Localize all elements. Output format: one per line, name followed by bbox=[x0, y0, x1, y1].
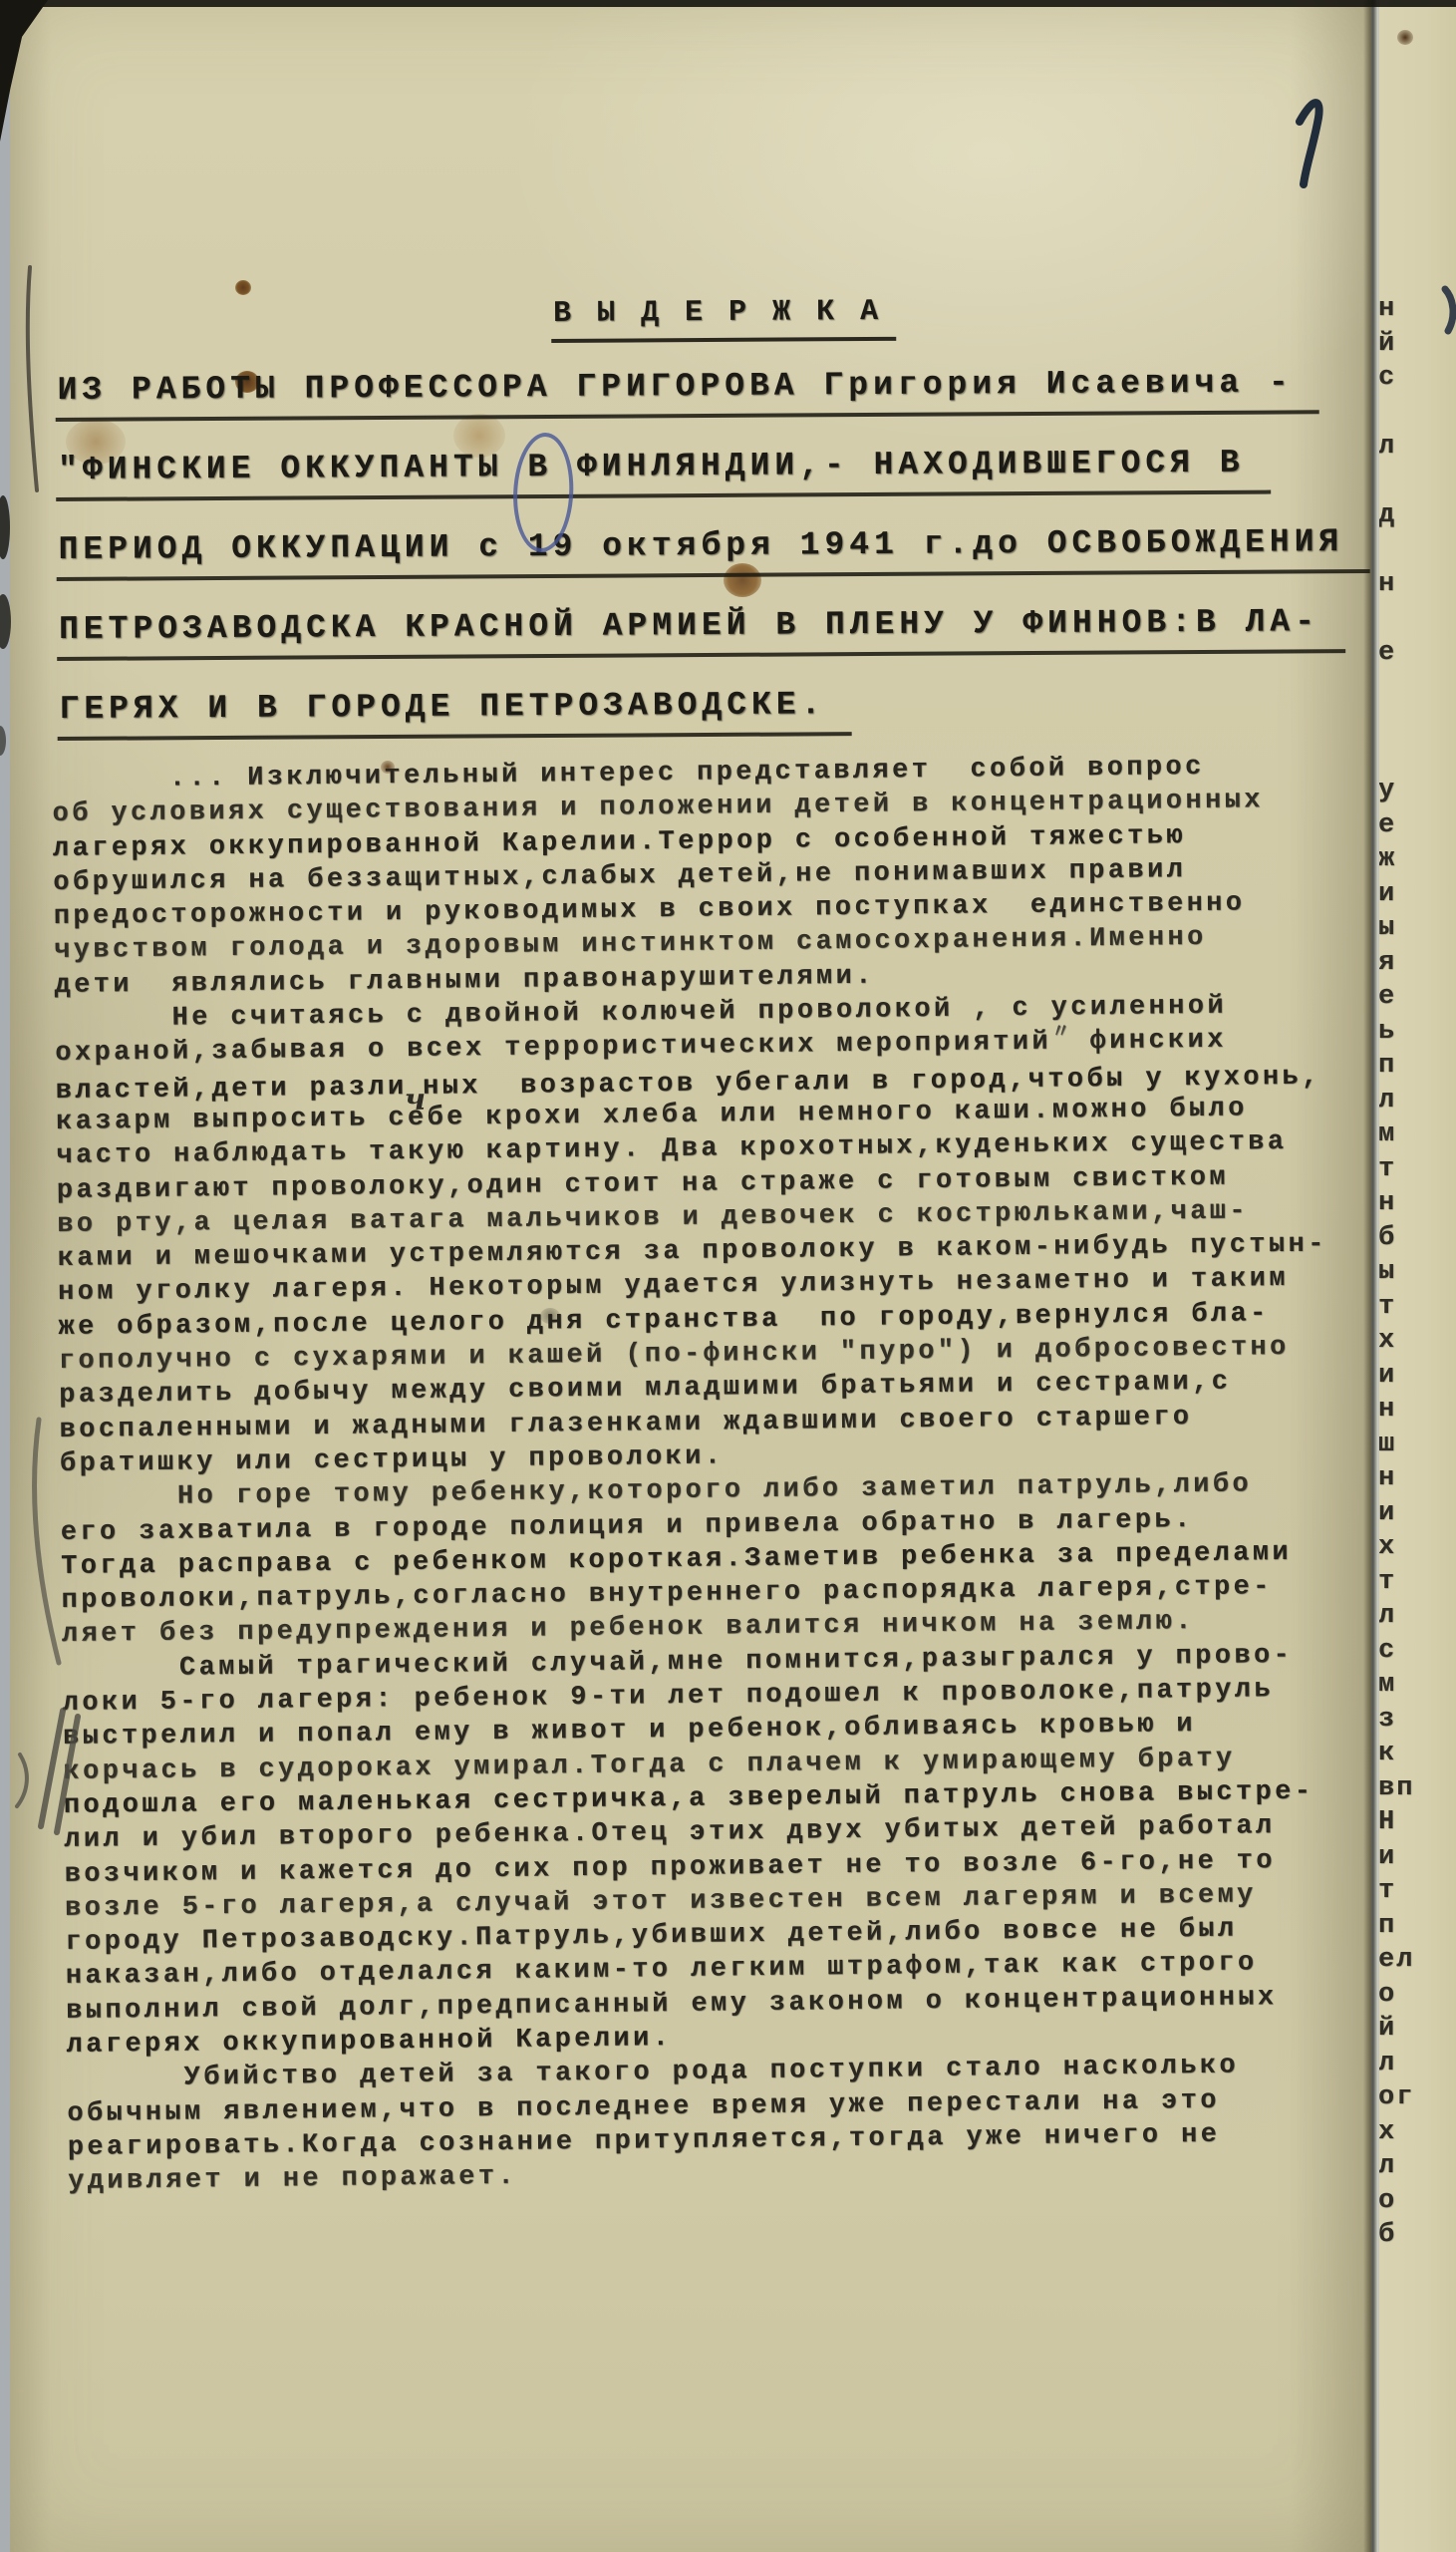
text-segment: ИЗ РАБОТЫ ПРОФЕССОРА ГРИГОРОВА Григория … bbox=[57, 364, 1293, 409]
adjacent-page-character: я bbox=[1379, 948, 1396, 978]
adjacent-page-character: ы bbox=[1379, 913, 1396, 943]
adjacent-page-character: е bbox=[1379, 810, 1396, 840]
adjacent-page-character: ь bbox=[1379, 1017, 1396, 1047]
adjacent-page-character: д bbox=[1379, 500, 1396, 530]
document-body: ... Изключительный интерес представляет … bbox=[52, 749, 1393, 2199]
adjacent-page-character: е bbox=[1379, 638, 1396, 668]
text-segment: "ФИНСКИЕ ОККУПАНТЫ bbox=[58, 449, 527, 488]
text-segment: ФИНЛЯНДИИ,- НАХОДИВШЕГОСЯ В bbox=[552, 445, 1245, 485]
adjacent-page-character: и bbox=[1379, 879, 1396, 909]
text-segment: финских bbox=[1070, 1026, 1227, 1058]
adjacent-page-character: м bbox=[1379, 1119, 1396, 1149]
document-scan: { "document": { "handwritten_page_number… bbox=[0, 0, 1456, 2552]
paper-stain bbox=[235, 280, 251, 295]
handwritten-correction: 〃 bbox=[1051, 1022, 1070, 1044]
document-heading: В Ы Д Е Р Ж К А bbox=[551, 294, 896, 343]
paper-stain bbox=[1397, 30, 1413, 45]
text-segment: удивляет и не поражает. bbox=[68, 2162, 517, 2197]
adjacent-page-character: ж bbox=[1379, 844, 1396, 874]
adjacent-page-character: н bbox=[1379, 294, 1396, 324]
adjacent-page-character: л bbox=[1379, 1086, 1396, 1116]
text-segment: властей,дети разли bbox=[56, 1073, 408, 1107]
blue-pen-circle: В bbox=[527, 449, 552, 486]
adjacent-page-character: е bbox=[1379, 982, 1396, 1012]
handwritten-correction: ч bbox=[405, 1082, 427, 1116]
text-segment: ПЕТРОЗАВОДСКА КРАСНОЙ АРМИЕЙ В ПЛЕНУ У Ф… bbox=[59, 603, 1319, 648]
adjacent-page-character: й bbox=[1379, 329, 1396, 359]
text-segment: ГЕРЯХ И В ГОРОДЕ ПЕТРОЗАВОДСКЕ. bbox=[59, 686, 825, 728]
adjacent-page-character: о bbox=[1379, 2186, 1396, 2216]
title-line: "ФИНСКИЕ ОККУПАНТЫ В ФИНЛЯНДИИ,- НАХОДИВ… bbox=[56, 445, 1271, 501]
title-line: ПЕРИОД ОККУПАЦИИ с 19 октября 1941 г.до … bbox=[56, 523, 1369, 581]
adjacent-page-character: л bbox=[1379, 432, 1396, 462]
title-line: ИЗ РАБОТЫ ПРОФЕССОРА ГРИГОРОВА Григория … bbox=[55, 364, 1318, 422]
scan-top-edge bbox=[0, 0, 1456, 7]
paper-edge-blemish bbox=[0, 495, 10, 559]
text-segment: братишку или сестрицы у проволоки. bbox=[60, 1441, 725, 1479]
adjacent-page-character: п bbox=[1379, 1051, 1396, 1081]
text-segment: лагерях оккупированной Карелии. bbox=[66, 2024, 672, 2061]
document-title-block: В Ы Д Е Р Ж К А ИЗ РАБОТЫ ПРОФЕССОРА ГРИ… bbox=[55, 291, 1353, 771]
adjacent-page-character: с bbox=[1379, 363, 1396, 393]
paper-edge-blemish bbox=[0, 726, 6, 756]
title-line: ГЕРЯХ И В ГОРОДЕ ПЕТРОЗАВОДСКЕ. bbox=[57, 686, 851, 741]
adjacent-page-character: у bbox=[1379, 776, 1396, 805]
title-lines: ИЗ РАБОТЫ ПРОФЕССОРА ГРИГОРОВА Григория … bbox=[55, 364, 1352, 741]
adjacent-page-character: б bbox=[1379, 2220, 1396, 2250]
adjacent-page-character: н bbox=[1379, 569, 1396, 599]
text-segment: ПЕРИОД ОККУПАЦИИ с 19 октября 1941 г.до … bbox=[58, 523, 1343, 568]
title-line: ПЕТРОЗАВОДСКА КРАСНОЙ АРМИЕЙ В ПЛЕНУ У Ф… bbox=[57, 603, 1345, 661]
